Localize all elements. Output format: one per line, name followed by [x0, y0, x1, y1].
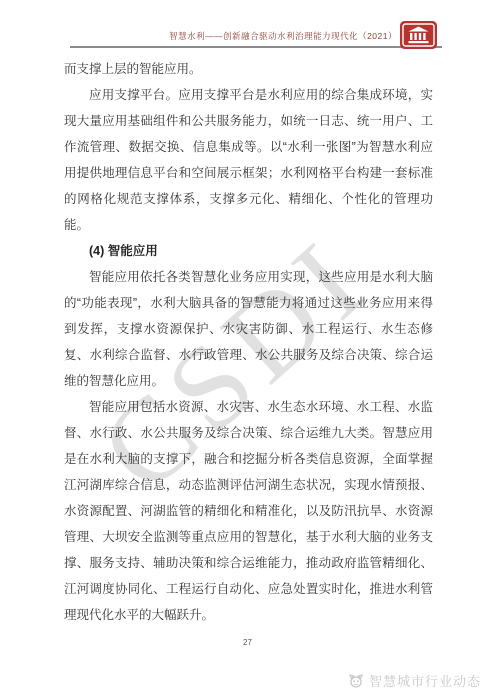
paragraph: 智能应用包括水资源、水灾害、水生态水环境、水工程、水监督、水行政、水公共服务及综… — [64, 394, 433, 628]
pavilion-logo-icon — [400, 21, 437, 49]
page-number: 27 — [0, 638, 495, 647]
section-heading: (4) 智能应用 — [64, 238, 433, 264]
paragraph: 应用支撑平台。应用支撑平台是水利应用的综合集成环境，实现大量应用基础组件和公共服… — [64, 82, 433, 238]
header-divider — [70, 46, 442, 48]
brand-face-icon — [347, 673, 365, 688]
paragraph: 而支撑上层的智能应用。 — [64, 56, 433, 82]
brand-label: 智慧城市行业动态 — [369, 671, 481, 690]
paragraph: 智能应用依托各类智慧化业务应用实现，这些应用是水利大脑的“功能表现”，水利大脑具… — [64, 264, 433, 394]
document-body: 而支撑上层的智能应用。 应用支撑平台。应用支撑平台是水利应用的综合集成环境，实现… — [64, 56, 433, 628]
brand-watermark: 智慧城市行业动态 — [347, 671, 481, 690]
document-page: 智慧水利——创新融合驱动水利治理能力现代化（2021） CSDI 而支撑上层的智… — [0, 0, 495, 700]
running-header-title: 智慧水利——创新融合驱动水利治理能力现代化（2021） — [169, 30, 397, 42]
